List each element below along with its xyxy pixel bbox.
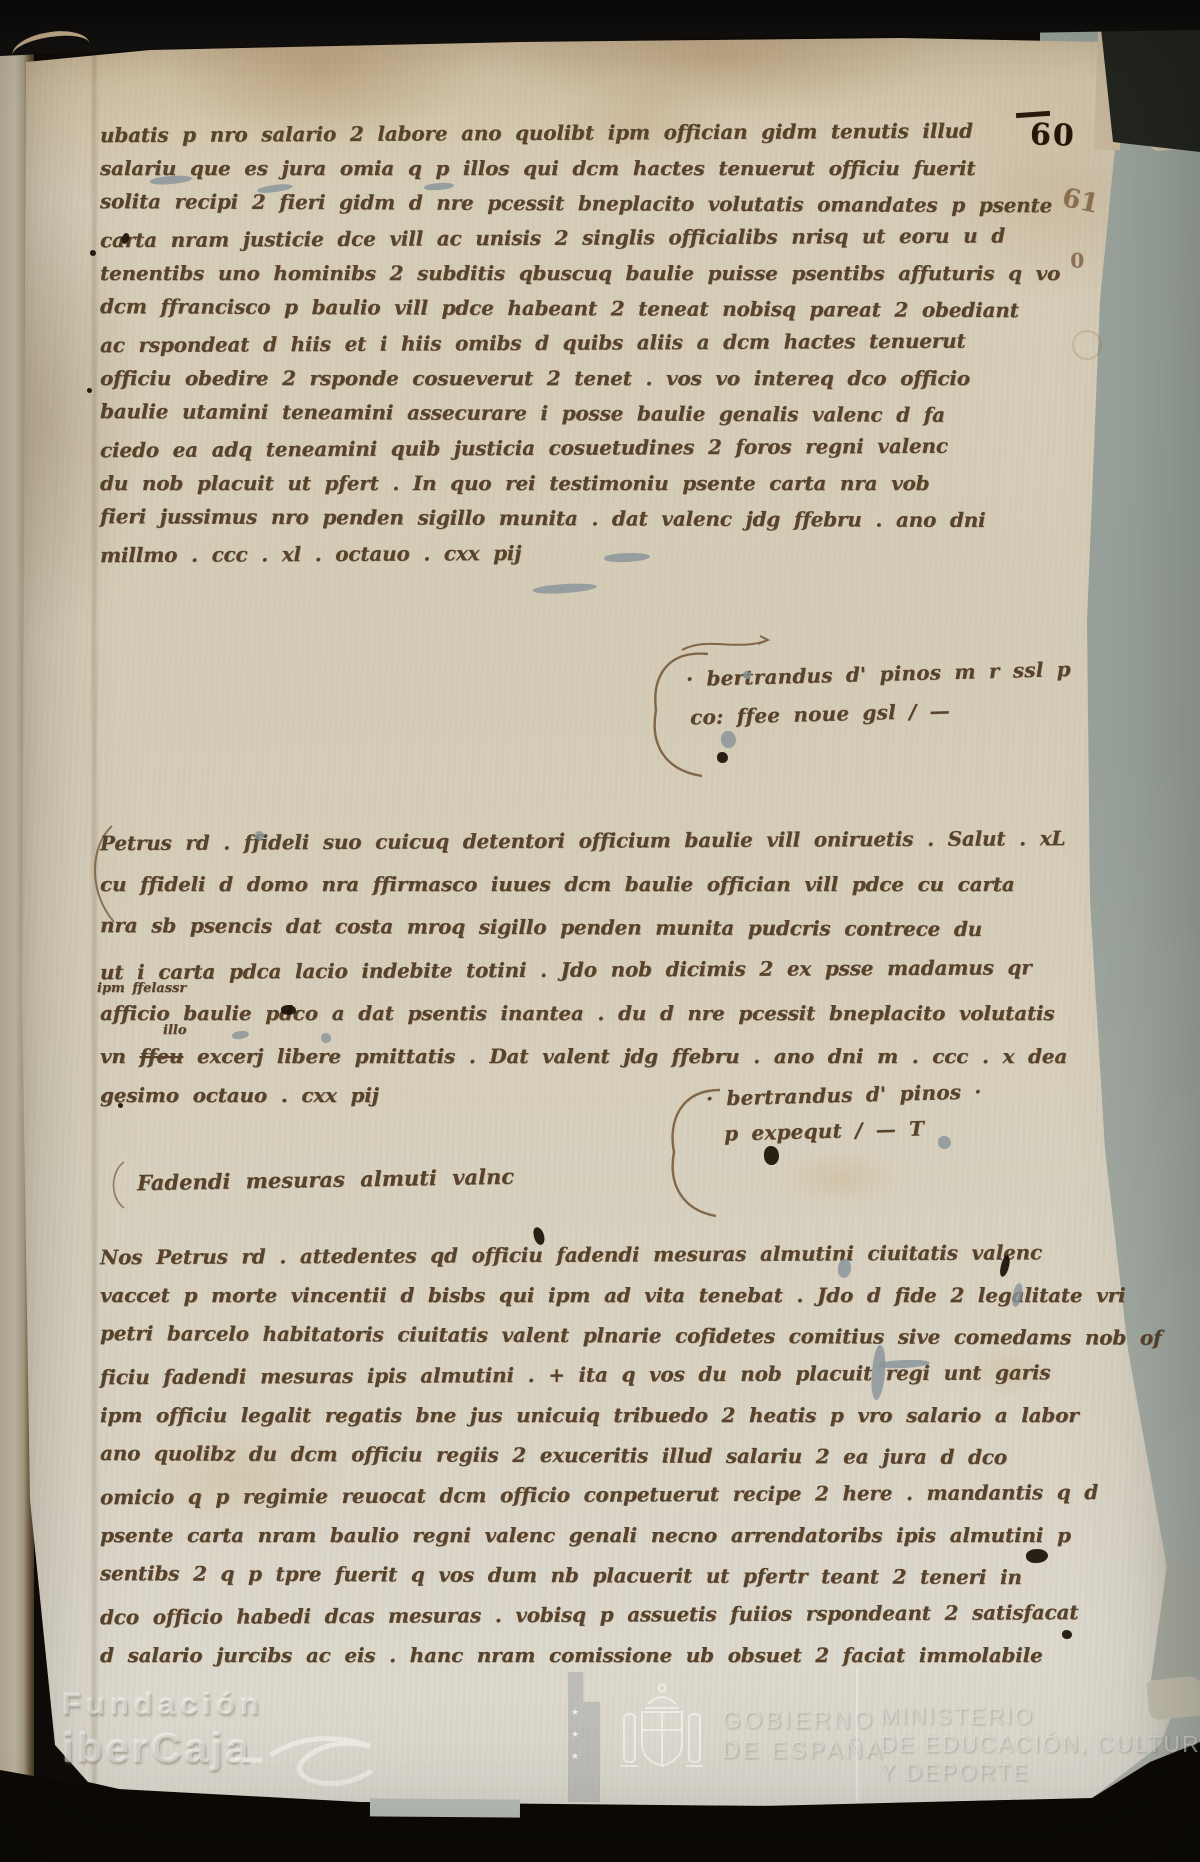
ibercaja-swoosh-icon: [228, 1726, 378, 1792]
gray-smudge: [255, 831, 264, 840]
watermark-divider: [856, 1668, 858, 1802]
star-icon: ★: [571, 1708, 579, 1718]
gray-smudge: [424, 182, 454, 192]
ink-blot: [87, 388, 92, 393]
gray-smudge: [604, 552, 650, 563]
ink-blot: [118, 1103, 123, 1108]
ministerio-line2: DE EDUCACIÓN, CULTURA: [880, 1730, 1200, 1758]
gray-smudge: [231, 1030, 249, 1041]
ink-blot: [998, 1254, 1011, 1277]
gobierno-line2: DE ESPAÑA: [722, 1736, 885, 1766]
star-icon: ★: [571, 1752, 579, 1762]
spain-coat-of-arms-icon: [612, 1680, 712, 1788]
ink-blot: [764, 1146, 779, 1165]
ministerio-line1: MINISTERIO: [880, 1702, 1200, 1730]
gray-smudge: [533, 582, 597, 595]
gray-smudge: [878, 1359, 930, 1370]
ministerio-watermark: MINISTERIO DE EDUCACIÓN, CULTURA Y DEPOR…: [880, 1702, 1200, 1786]
gray-smudge: [743, 671, 751, 679]
gobierno-watermark: GOBIERNO DE ESPAÑA: [722, 1706, 885, 1766]
gray-smudge: [721, 731, 736, 748]
ministerio-line3: Y DEPORTE: [880, 1758, 1200, 1786]
fundacion-watermark-line1: Fundación: [62, 1686, 264, 1722]
manuscript-scan: 60 61 0 ubatis p nro salario 2 labore an…: [0, 0, 1200, 1862]
under-page-edge: [370, 1798, 520, 1817]
ink-blots-layer: [0, 0, 1200, 1862]
ink-blot: [717, 752, 728, 763]
gray-smudge: [836, 1258, 852, 1279]
gray-smudge: [150, 174, 193, 186]
gray-smudge: [321, 1033, 331, 1043]
star-icon: ★: [571, 1730, 579, 1740]
gray-smudge: [257, 183, 294, 195]
ink-blot: [532, 1226, 546, 1246]
fundacion-watermark-line2: iberCaja: [62, 1724, 252, 1772]
gray-smudge: [1011, 1282, 1025, 1307]
ink-blot: [1062, 1630, 1072, 1639]
gobierno-line1: GOBIERNO: [722, 1706, 885, 1736]
ink-blot: [281, 1005, 296, 1015]
gray-smudge: [938, 1136, 951, 1149]
ink-blot: [1025, 1548, 1048, 1564]
gray-smudge: [870, 1345, 888, 1401]
ink-blot: [90, 250, 96, 256]
ink-blot: [120, 232, 130, 245]
